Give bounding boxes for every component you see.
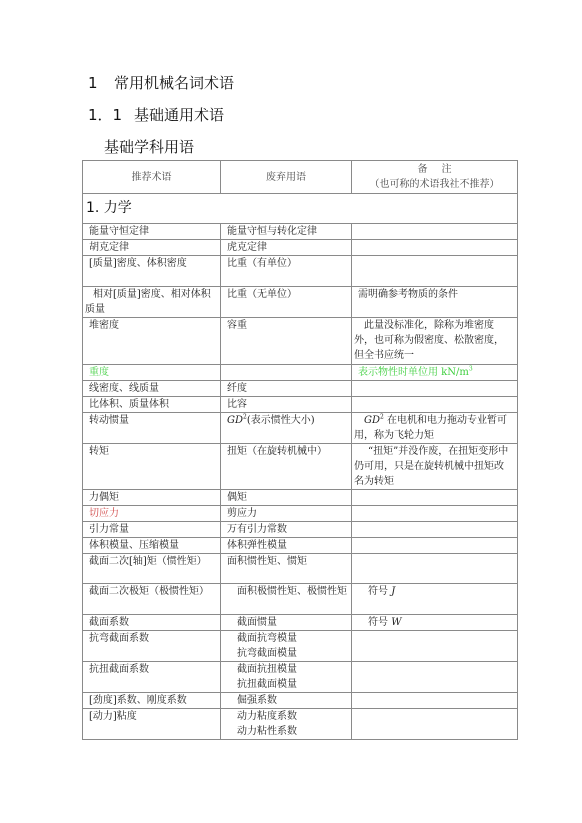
table-row: 堆密度 容重 此量没标准化，除称为堆密度外，也可称为假密度、松散密度，但全书应统… bbox=[83, 318, 518, 365]
deprecated-line: 动力粘度系数 bbox=[237, 709, 347, 724]
table-row: 能量守恒定律 能量守恒与转化定律 bbox=[83, 224, 518, 240]
section-title: 基础通用术语 bbox=[134, 106, 224, 124]
deprecated-line: 截面抗弯模量 bbox=[237, 631, 347, 646]
table-row: 截面系数 截面惯量 符号 W bbox=[83, 615, 518, 631]
deprecated-text: (表示惯性大小) bbox=[247, 415, 315, 426]
table-row: 抗扭截面系数 截面抗扭模量 抗扭截面模量 bbox=[83, 662, 518, 693]
note: 需明确参考物质的条件 bbox=[352, 287, 518, 318]
deprecated-term: 比重（有单位） bbox=[221, 256, 352, 287]
note bbox=[352, 224, 518, 240]
table-row: 截面二次极矩（极惯性矩） 面积极惯性矩、极惯性矩 符号 J bbox=[83, 584, 518, 615]
recommended-term: 线密度、线质量 bbox=[83, 381, 221, 397]
deprecated-line: 抗弯截面模量 bbox=[237, 646, 347, 661]
deprecated-term: 容重 bbox=[221, 318, 352, 365]
note-superscript: 3 bbox=[469, 366, 473, 373]
column-header-recommended: 推荐术语 bbox=[83, 161, 221, 194]
deprecated-line: 抗扭截面模量 bbox=[237, 677, 347, 692]
recommended-term: 堆密度 bbox=[83, 318, 221, 365]
table-row: 切应力 剪应力 bbox=[83, 506, 518, 522]
note bbox=[352, 693, 518, 709]
note bbox=[352, 709, 518, 740]
recommended-term: 胡克定律 bbox=[83, 240, 221, 256]
table-row: [质量]密度、体积密度 比重（有单位） bbox=[83, 256, 518, 287]
table-row: 胡克定律 虎克定律 bbox=[83, 240, 518, 256]
deprecated-term: 扭矩（在旋转机械中） bbox=[221, 444, 352, 490]
note: 符号 J bbox=[352, 584, 518, 615]
table-row: [劲度]系数、刚度系数 倔强系数 bbox=[83, 693, 518, 709]
section-number: 1．1 bbox=[88, 104, 134, 125]
table-header-row: 推荐术语 废弃用语 备注 （也可称的术语我社不推荐） bbox=[83, 161, 518, 194]
deprecated-term: 剪应力 bbox=[221, 506, 352, 522]
note-prefix: 符号 bbox=[368, 586, 391, 597]
deprecated-term: 面积极惯性矩、极惯性矩 bbox=[221, 584, 352, 615]
recommended-term: 截面二次[轴]矩（惯性矩） bbox=[83, 554, 221, 584]
deprecated-term: 虎克定律 bbox=[221, 240, 352, 256]
table-row: [动力]粘度 动力粘度系数 动力粘性系数 bbox=[83, 709, 518, 740]
chapter-heading: 1常用机械名词术语 bbox=[88, 72, 234, 93]
deprecated-term: 纤度 bbox=[221, 381, 352, 397]
recommended-term: 转矩 bbox=[83, 444, 221, 490]
recommended-term: 比体积、质量体积 bbox=[83, 397, 221, 413]
note bbox=[352, 538, 518, 554]
section-heading: 1．1基础通用术语 bbox=[88, 104, 224, 125]
column-header-note-title: 备注 bbox=[352, 162, 517, 177]
recommended-term: 能量守恒定律 bbox=[83, 224, 221, 240]
recommended-term: 抗弯截面系数 bbox=[83, 631, 221, 662]
deprecated-term: 比容 bbox=[221, 397, 352, 413]
deprecated-term bbox=[221, 365, 352, 381]
table-row: 转矩 扭矩（在旋转机械中） “扭矩”并没作废，在扭矩变形中仍可用，只是在旋转机械… bbox=[83, 444, 518, 490]
note bbox=[352, 490, 518, 506]
table-row: 相对[质量]密度、相对体积质量 比重（无单位） 需明确参考物质的条件 bbox=[83, 287, 518, 318]
note bbox=[352, 522, 518, 538]
deprecated-term: 动力粘度系数 动力粘性系数 bbox=[221, 709, 352, 740]
recommended-term: 截面二次极矩（极惯性矩） bbox=[83, 584, 221, 615]
table-row: 体积模量、压缩模量 体积弹性模量 bbox=[83, 538, 518, 554]
deprecated-term: 偶矩 bbox=[221, 490, 352, 506]
symbol: GD bbox=[227, 415, 243, 426]
deprecated-term: GD2(表示惯性大小) bbox=[221, 413, 352, 444]
recommended-term: [劲度]系数、刚度系数 bbox=[83, 693, 221, 709]
recommended-term: 引力常量 bbox=[83, 522, 221, 538]
table-row: 截面二次[轴]矩（惯性矩） 面积惯性矩、惯矩 bbox=[83, 554, 518, 584]
note bbox=[352, 240, 518, 256]
note-text: 表示物性时单位用 kN/m bbox=[358, 367, 469, 378]
deprecated-term: 面积惯性矩、惯矩 bbox=[221, 554, 352, 584]
table-row: 重度 表示物性时单位用 kN/m3 bbox=[83, 365, 518, 381]
note bbox=[352, 554, 518, 584]
table-row: 转动惯量 GD2(表示惯性大小) GD2 在电机和电力拖动专业暂可用，称为飞轮力… bbox=[83, 413, 518, 444]
recommended-term: [质量]密度、体积密度 bbox=[83, 256, 221, 287]
note bbox=[352, 397, 518, 413]
note: 此量没标准化，除称为堆密度外，也可称为假密度、松散密度，但全书应统一 bbox=[352, 318, 518, 365]
deprecated-term: 倔强系数 bbox=[221, 693, 352, 709]
note: 表示物性时单位用 kN/m3 bbox=[352, 365, 518, 381]
deprecated-line: 动力粘性系数 bbox=[237, 724, 347, 739]
deprecated-term: 体积弹性模量 bbox=[221, 538, 352, 554]
note bbox=[352, 662, 518, 693]
subsection-heading: 基础学科用语 bbox=[104, 136, 194, 157]
deprecated-term: 截面抗扭模量 抗扭截面模量 bbox=[221, 662, 352, 693]
table-row: 比体积、质量体积 比容 bbox=[83, 397, 518, 413]
note-prefix: 符号 bbox=[368, 617, 391, 628]
recommended-term: 抗扭截面系数 bbox=[83, 662, 221, 693]
section-title-mechanics: 1. 力学 bbox=[83, 194, 518, 224]
deprecated-term: 比重（无单位） bbox=[221, 287, 352, 318]
chapter-title: 常用机械名词术语 bbox=[114, 74, 234, 92]
terminology-table: 推荐术语 废弃用语 备注 （也可称的术语我社不推荐） 1. 力学 能量守恒定律 … bbox=[82, 160, 518, 740]
recommended-term: 转动惯量 bbox=[83, 413, 221, 444]
symbol: J bbox=[391, 586, 395, 597]
deprecated-term: 能量守恒与转化定律 bbox=[221, 224, 352, 240]
section-row-mechanics: 1. 力学 bbox=[83, 194, 518, 224]
table-row: 引力常量 万有引力常数 bbox=[83, 522, 518, 538]
note bbox=[352, 256, 518, 287]
deprecated-term: 截面惯量 bbox=[221, 615, 352, 631]
column-header-deprecated: 废弃用语 bbox=[221, 161, 352, 194]
recommended-term: 力偶矩 bbox=[83, 490, 221, 506]
deprecated-term: 万有引力常数 bbox=[221, 522, 352, 538]
deprecated-term: 截面抗弯模量 抗弯截面模量 bbox=[221, 631, 352, 662]
note: “扭矩”并没作废，在扭矩变形中仍可用，只是在旋转机械中扭矩改名为转矩 bbox=[352, 444, 518, 490]
recommended-term: 相对[质量]密度、相对体积质量 bbox=[83, 287, 221, 318]
note bbox=[352, 631, 518, 662]
symbol: GD bbox=[364, 415, 380, 426]
recommended-term: 截面系数 bbox=[83, 615, 221, 631]
column-header-note: 备注 （也可称的术语我社不推荐） bbox=[352, 161, 518, 194]
column-header-note-subtitle: （也可称的术语我社不推荐） bbox=[352, 177, 517, 192]
recommended-term: [动力]粘度 bbox=[83, 709, 221, 740]
table-row: 抗弯截面系数 截面抗弯模量 抗弯截面模量 bbox=[83, 631, 518, 662]
chapter-number: 1 bbox=[88, 74, 114, 92]
note bbox=[352, 381, 518, 397]
table-row: 力偶矩 偶矩 bbox=[83, 490, 518, 506]
symbol: W bbox=[391, 617, 401, 628]
recommended-term: 体积模量、压缩模量 bbox=[83, 538, 221, 554]
deprecated-line: 截面抗扭模量 bbox=[237, 662, 347, 677]
table-row: 线密度、线质量 纤度 bbox=[83, 381, 518, 397]
note: 符号 W bbox=[352, 615, 518, 631]
note bbox=[352, 506, 518, 522]
recommended-term: 切应力 bbox=[83, 506, 221, 522]
recommended-term: 重度 bbox=[83, 365, 221, 381]
note: GD2 在电机和电力拖动专业暂可用，称为飞轮力矩 bbox=[352, 413, 518, 444]
